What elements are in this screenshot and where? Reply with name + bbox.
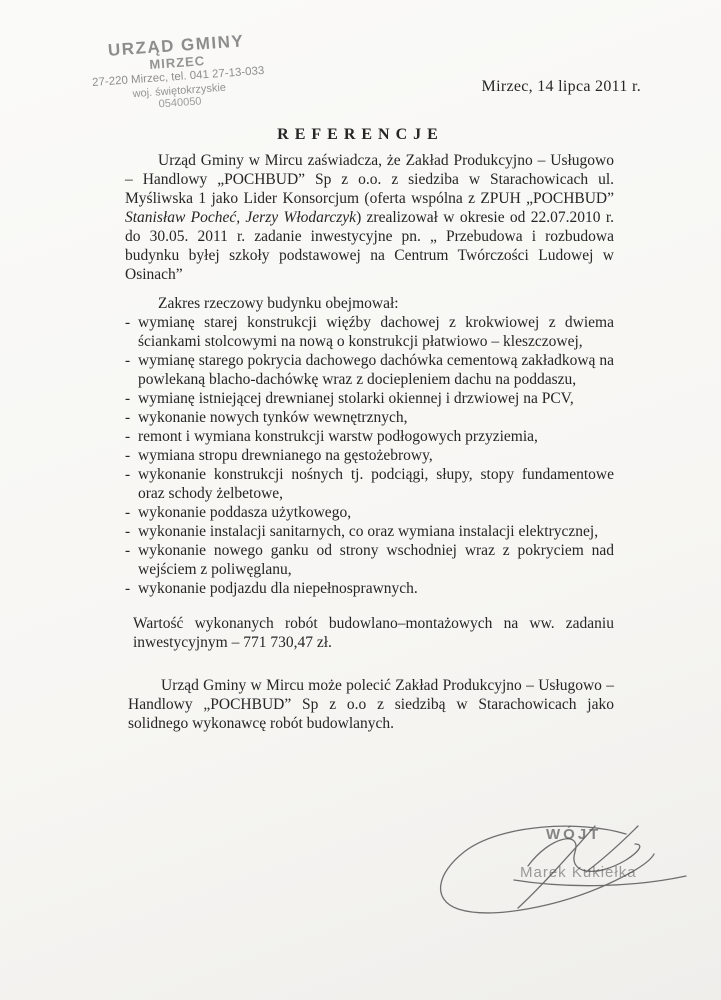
list-dash: - xyxy=(125,503,130,522)
signature-block: WÓJT Marek Kukiełka xyxy=(430,816,700,926)
document-body: Urząd Gminy w Mircu zaświadcza, że Zakła… xyxy=(125,151,614,733)
scope-list: -wymianę starej konstrukcji więźby dacho… xyxy=(125,313,614,598)
intro-partner-names: Stanisław Pocheć, Jerzy Włodarczyk xyxy=(125,209,356,226)
list-item: -wymianę istniejącej drewnianej stolarki… xyxy=(125,389,614,408)
office-stamp: URZĄD GMINY MIRZEC 27-220 Mirzec, tel. 0… xyxy=(56,28,301,119)
intro-paragraph: Urząd Gminy w Mircu zaświadcza, że Zakła… xyxy=(125,151,614,284)
list-item-text: wykonanie konstrukcji nośnych tj. podcią… xyxy=(138,466,614,502)
closing-paragraph: Urząd Gminy w Mircu może polecić Zakład … xyxy=(128,676,614,733)
intro-text-before: Urząd Gminy w Mircu zaświadcza, że Zakła… xyxy=(125,152,614,207)
list-item-text: wykonanie nowego ganku od strony wschodn… xyxy=(138,542,614,578)
list-dash: - xyxy=(125,465,130,484)
contract-value-paragraph: Wartość wykonanych robót budowlano–monta… xyxy=(133,614,614,652)
list-item: -wykonanie podjazdu dla niepełnosprawnyc… xyxy=(125,579,614,598)
list-item-text: wymianę istniejącej drewnianej stolarki … xyxy=(138,390,574,407)
list-item: -wymiana stropu drewnianego na gęstożebr… xyxy=(125,446,614,465)
list-dash: - xyxy=(125,446,130,465)
document-page: URZĄD GMINY MIRZEC 27-220 Mirzec, tel. 0… xyxy=(0,0,721,1000)
list-item: -wykonanie instalacji sanitarnych, co or… xyxy=(125,522,614,541)
list-item: -wykonanie poddasza użytkowego, xyxy=(125,503,614,522)
list-dash: - xyxy=(125,313,130,332)
list-item: -wykonanie nowego ganku od strony wschod… xyxy=(125,541,614,579)
list-dash: - xyxy=(125,541,130,560)
handwritten-signature-scribble xyxy=(430,816,700,926)
list-item-text: wykonanie poddasza użytkowego, xyxy=(138,504,351,521)
list-dash: - xyxy=(125,389,130,408)
list-item-text: wykonanie nowych tynków wewnętrznych, xyxy=(138,409,407,426)
list-item: -remont i wymiana konstrukcji warstw pod… xyxy=(125,427,614,446)
list-item-text: wykonanie instalacji sanitarnych, co ora… xyxy=(138,523,598,540)
list-dash: - xyxy=(125,351,130,370)
list-dash: - xyxy=(125,408,130,427)
list-item: -wykonanie konstrukcji nośnych tj. podci… xyxy=(125,465,614,503)
list-item-text: wykonanie podjazdu dla niepełnosprawnych… xyxy=(138,580,418,597)
list-item: -wymianę starego pokrycia dachowego dach… xyxy=(125,351,614,389)
list-item-text: wymianę starej konstrukcji więźby dachow… xyxy=(138,314,614,350)
scope-heading: Zakres rzeczowy budynku obejmował: xyxy=(125,294,614,313)
list-dash: - xyxy=(125,522,130,541)
list-item: -wymianę starej konstrukcji więźby dacho… xyxy=(125,313,614,351)
document-title: REFERENCJE xyxy=(0,126,721,144)
list-dash: - xyxy=(125,579,130,598)
list-item-text: wymiana stropu drewnianego na gęstożebro… xyxy=(138,447,433,464)
list-item: -wykonanie nowych tynków wewnętrznych, xyxy=(125,408,614,427)
list-dash: - xyxy=(125,427,130,446)
date-line: Mirzec, 14 lipca 2011 r. xyxy=(0,78,641,96)
list-item-text: wymianę starego pokrycia dachowego dachó… xyxy=(138,352,614,388)
list-item-text: remont i wymiana konstrukcji warstw podł… xyxy=(138,428,538,445)
